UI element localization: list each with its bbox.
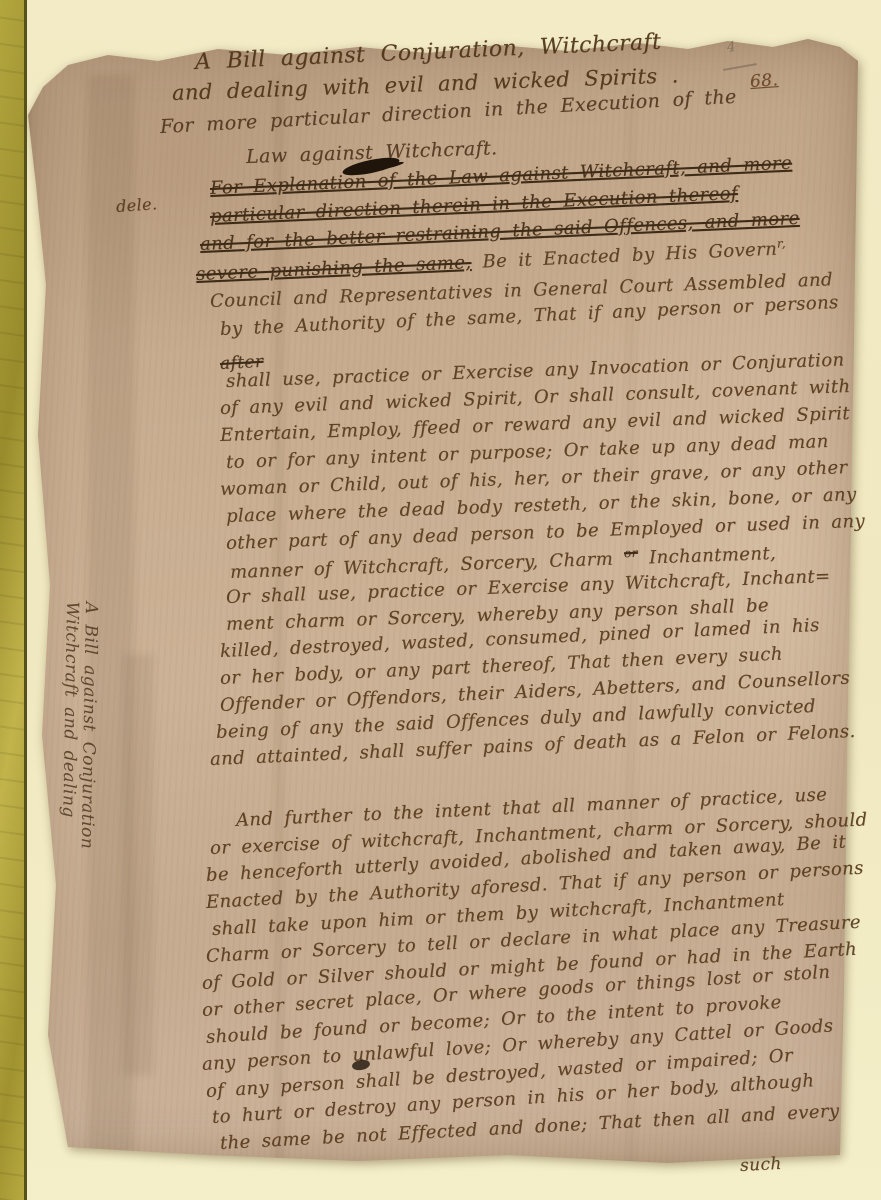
- paper-crease: [123, 655, 153, 1075]
- margin-note-dele: dele.: [115, 194, 158, 216]
- catchword: such: [739, 1154, 782, 1176]
- docket-title-vertical: A Bill against Conjuration Witchcraft an…: [56, 601, 100, 942]
- superscript-r: r,: [777, 236, 787, 250]
- inserted-word-or: or: [624, 546, 638, 560]
- folio-number: 68.: [749, 70, 779, 92]
